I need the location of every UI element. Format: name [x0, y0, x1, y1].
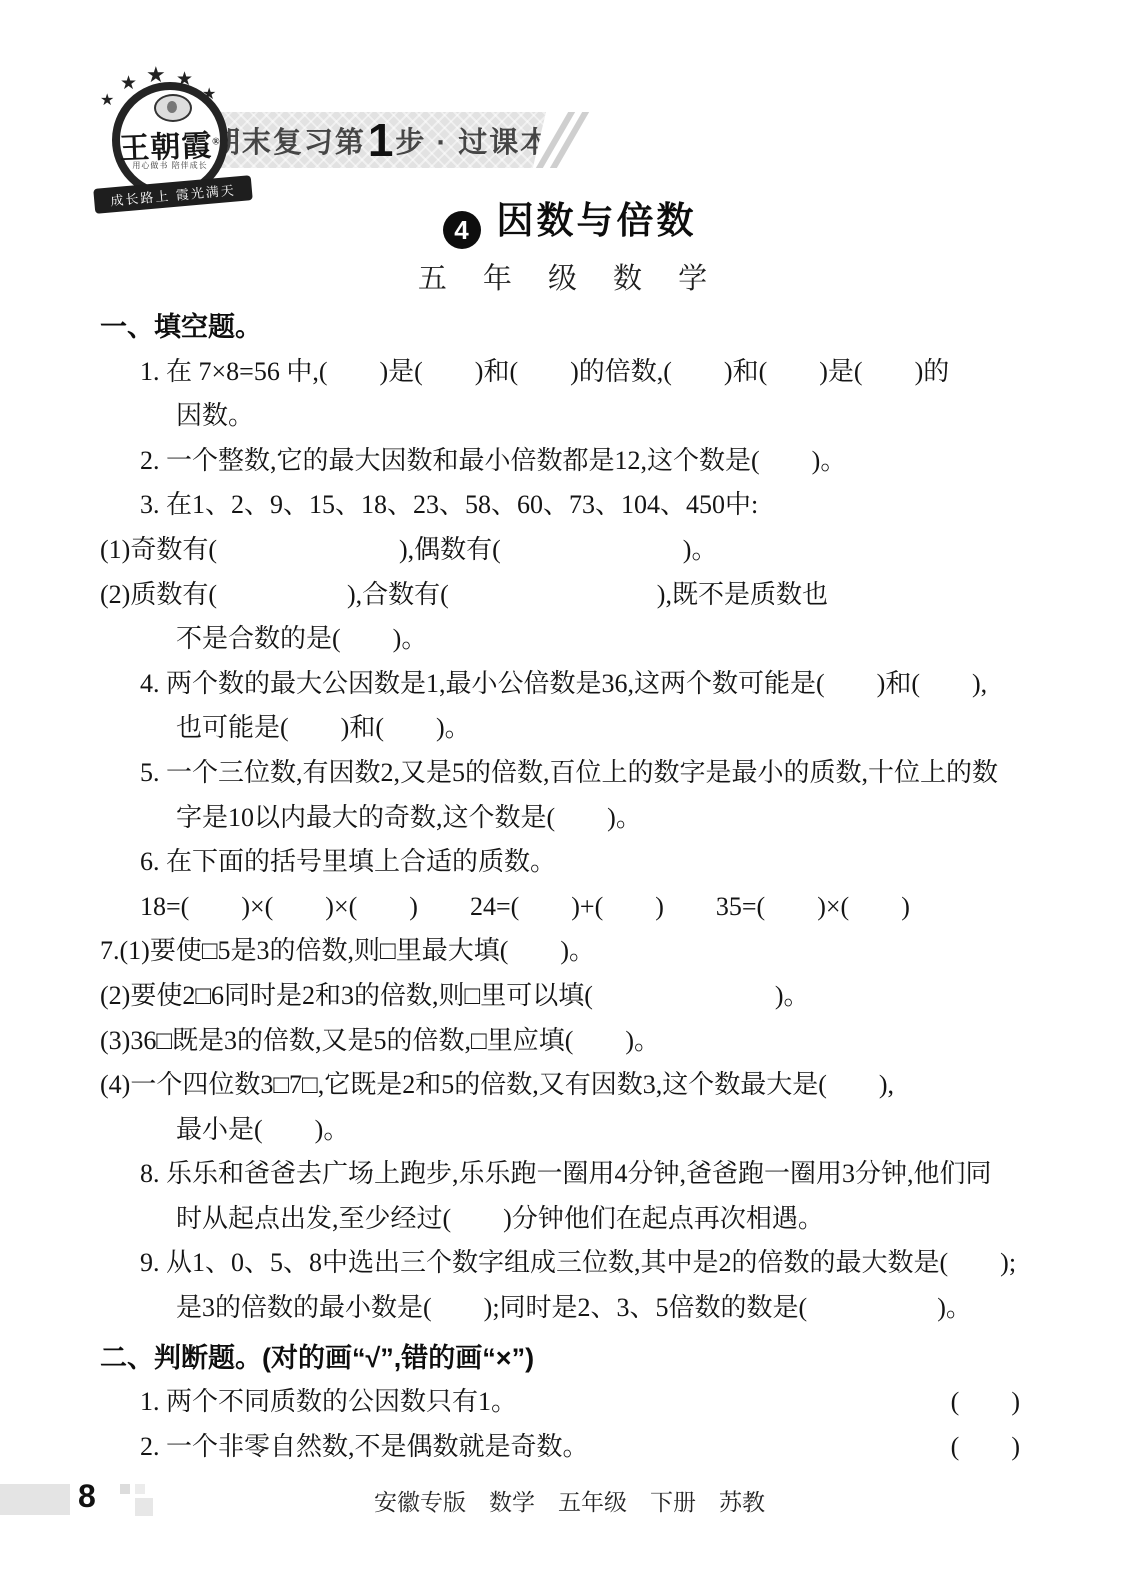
line-text: 7.(1)要使□5是3的倍数,则□里最大填( )。: [100, 936, 595, 965]
worksheet-line: (4)一个四位数3□7□,它既是2和5的倍数,又有因数3,这个数最大是( ),: [0, 1063, 1139, 1108]
worksheet-line: 2. 一个整数,它的最大因数和最小倍数都是12,这个数是( )。: [0, 439, 1139, 484]
line-text: 不是合数的是( )。: [176, 624, 427, 653]
line-text: 6. 在下面的括号里填上合适的质数。: [140, 847, 556, 876]
worksheet-line: 4. 两个数的最大公因数是1,最小公倍数是36,这两个数可能是( )和( ),: [0, 662, 1139, 707]
worksheet-line: 5. 一个三位数,有因数2,又是5的倍数,百位上的数字是最小的质数,十位上的数: [0, 751, 1139, 796]
worksheet-line: (2)要使2□6同时是2和3的倍数,则□里可以填( )。: [0, 974, 1139, 1019]
worksheet-line: (1)奇数有( ),偶数有( )。: [0, 528, 1139, 573]
banner-step-number: 1: [368, 113, 394, 167]
worksheet-line: 最小是( )。: [0, 1108, 1139, 1153]
worksheet-line: 18=( )×( )×( ) 24=( )+( ) 35=( )×( ): [0, 885, 1139, 930]
worksheet-line: 是3的倍数的最小数是( );同时是2、3、5倍数的数是( )。: [0, 1286, 1139, 1331]
header-banner: 期末复习第 1 步 · 过课本: [216, 112, 546, 168]
section-heading: 二、判断题。(对的画“√”,错的画“×”): [0, 1336, 1139, 1381]
line-text: 5. 一个三位数,有因数2,又是5的倍数,百位上的数字是最小的质数,十位上的数: [140, 758, 998, 787]
worksheet-line: 9. 从1、0、5、8中选出三个数字组成三位数,其中是2的倍数的最大数是( );: [0, 1241, 1139, 1286]
worksheet-line: (3)36□既是3的倍数,又是5的倍数,□里应填( )。: [0, 1019, 1139, 1064]
line-text: 因数。: [176, 401, 254, 430]
line-text: 2. 一个整数,它的最大因数和最小倍数都是12,这个数是( )。: [140, 446, 846, 475]
answer-parens: ( ): [951, 1425, 1020, 1470]
worksheet-line: 因数。: [0, 394, 1139, 439]
line-text: 3. 在1、2、9、15、18、23、58、60、73、104、450中:: [140, 490, 758, 519]
line-text: 8. 乐乐和爸爸去广场上跑步,乐乐跑一圈用4分钟,爸爸跑一圈用3分钟,他们同: [140, 1159, 992, 1188]
worksheet-line: 也可能是( )和( )。: [0, 706, 1139, 751]
worksheet-line: (2)质数有( ),合数有( ),既不是质数也: [0, 573, 1139, 618]
answer-parens: ( ): [951, 1380, 1020, 1425]
worksheet-line: 不是合数的是( )。: [0, 617, 1139, 662]
line-text: (2)质数有( ),合数有( ),既不是质数也: [100, 580, 828, 609]
worksheet-line: 字是10以内最大的奇数,这个数是( )。: [0, 796, 1139, 841]
worksheet-line: 6. 在下面的括号里填上合适的质数。: [0, 840, 1139, 885]
line-text: 也可能是( )和( )。: [176, 713, 471, 742]
line-text: 字是10以内最大的奇数,这个数是( )。: [176, 803, 642, 832]
line-text: (4)一个四位数3□7□,它既是2和5的倍数,又有因数3,这个数最大是( ),: [100, 1070, 894, 1099]
trademark-symbol: ®: [212, 136, 221, 147]
worksheet-body: 一、填空题。1. 在 7×8=56 中,( )是( )和( )的倍数,( )和(…: [0, 305, 1139, 1469]
section-heading: 一、填空题。: [0, 305, 1139, 350]
line-text: 二、判断题。(对的画“√”,错的画“×”): [100, 1343, 534, 1373]
line-text: 2. 一个非零自然数,不是偶数就是奇数。: [140, 1432, 589, 1461]
line-text: 18=( )×( )×( ) 24=( )+( ) 35=( )×( ): [140, 892, 910, 921]
line-text: 4. 两个数的最大公因数是1,最小公倍数是36,这两个数可能是( )和( ),: [140, 669, 987, 698]
line-text: (2)要使2□6同时是2和3的倍数,则□里可以填( )。: [100, 981, 810, 1010]
star-icon: ★: [120, 72, 137, 95]
banner-suffix: 步 · 过课本: [395, 120, 551, 161]
line-text: (1)奇数有( ),偶数有( )。: [100, 535, 717, 564]
worksheet-line: 1. 在 7×8=56 中,( )是( )和( )的倍数,( )和( )是( )…: [0, 350, 1139, 395]
logo-ribbon: 成长路上 霞光满天: [93, 175, 253, 214]
portrait-icon: [154, 94, 192, 122]
worksheet-line: 3. 在1、2、9、15、18、23、58、60、73、104、450中:: [0, 483, 1139, 528]
worksheet-line: 时从起点出发,至少经过( )分钟他们在起点再次相遇。: [0, 1197, 1139, 1242]
line-text: (3)36□既是3的倍数,又是5的倍数,□里应填( )。: [100, 1026, 660, 1055]
lesson-title: 因数与倍数: [497, 200, 697, 241]
footer-edition-info: 安徽专版 数学 五年级 下册 苏教: [0, 1484, 1139, 1517]
line-text: 一、填空题。: [100, 312, 262, 342]
worksheet-line: 7.(1)要使□5是3的倍数,则□里最大填( )。: [0, 929, 1139, 974]
worksheet-line: 2. 一个非零自然数,不是偶数就是奇数。( ): [0, 1425, 1139, 1470]
logo-subtext: 用心做书 陪伴成长: [112, 160, 228, 171]
line-text: 是3的倍数的最小数是( );同时是2、3、5倍数的数是( )。: [176, 1293, 972, 1322]
grade-subject-subtitle: 五 年 级 数 学: [0, 256, 1139, 297]
lesson-number-badge: 4: [443, 211, 481, 249]
line-text: 1. 在 7×8=56 中,( )是( )和( )的倍数,( )和( )是( )…: [140, 357, 949, 386]
line-text: 1. 两个不同质数的公因数只有1。: [140, 1387, 517, 1416]
star-icon: ★: [100, 90, 114, 110]
line-text: 最小是( )。: [176, 1115, 349, 1144]
line-text: 时从起点出发,至少经过( )分钟他们在起点再次相遇。: [176, 1204, 824, 1233]
worksheet-line: 1. 两个不同质数的公因数只有1。( ): [0, 1380, 1139, 1425]
worksheet-line: 8. 乐乐和爸爸去广场上跑步,乐乐跑一圈用4分钟,爸爸跑一圈用3分钟,他们同: [0, 1152, 1139, 1197]
publisher-logo: ★ ★ ★ ★ ★ 王朝霞® 用心做书 陪伴成长 成长路上 霞光满天: [98, 60, 243, 210]
line-text: 9. 从1、0、5、8中选出三个数字组成三位数,其中是2的倍数的最大数是( );: [140, 1248, 1016, 1277]
